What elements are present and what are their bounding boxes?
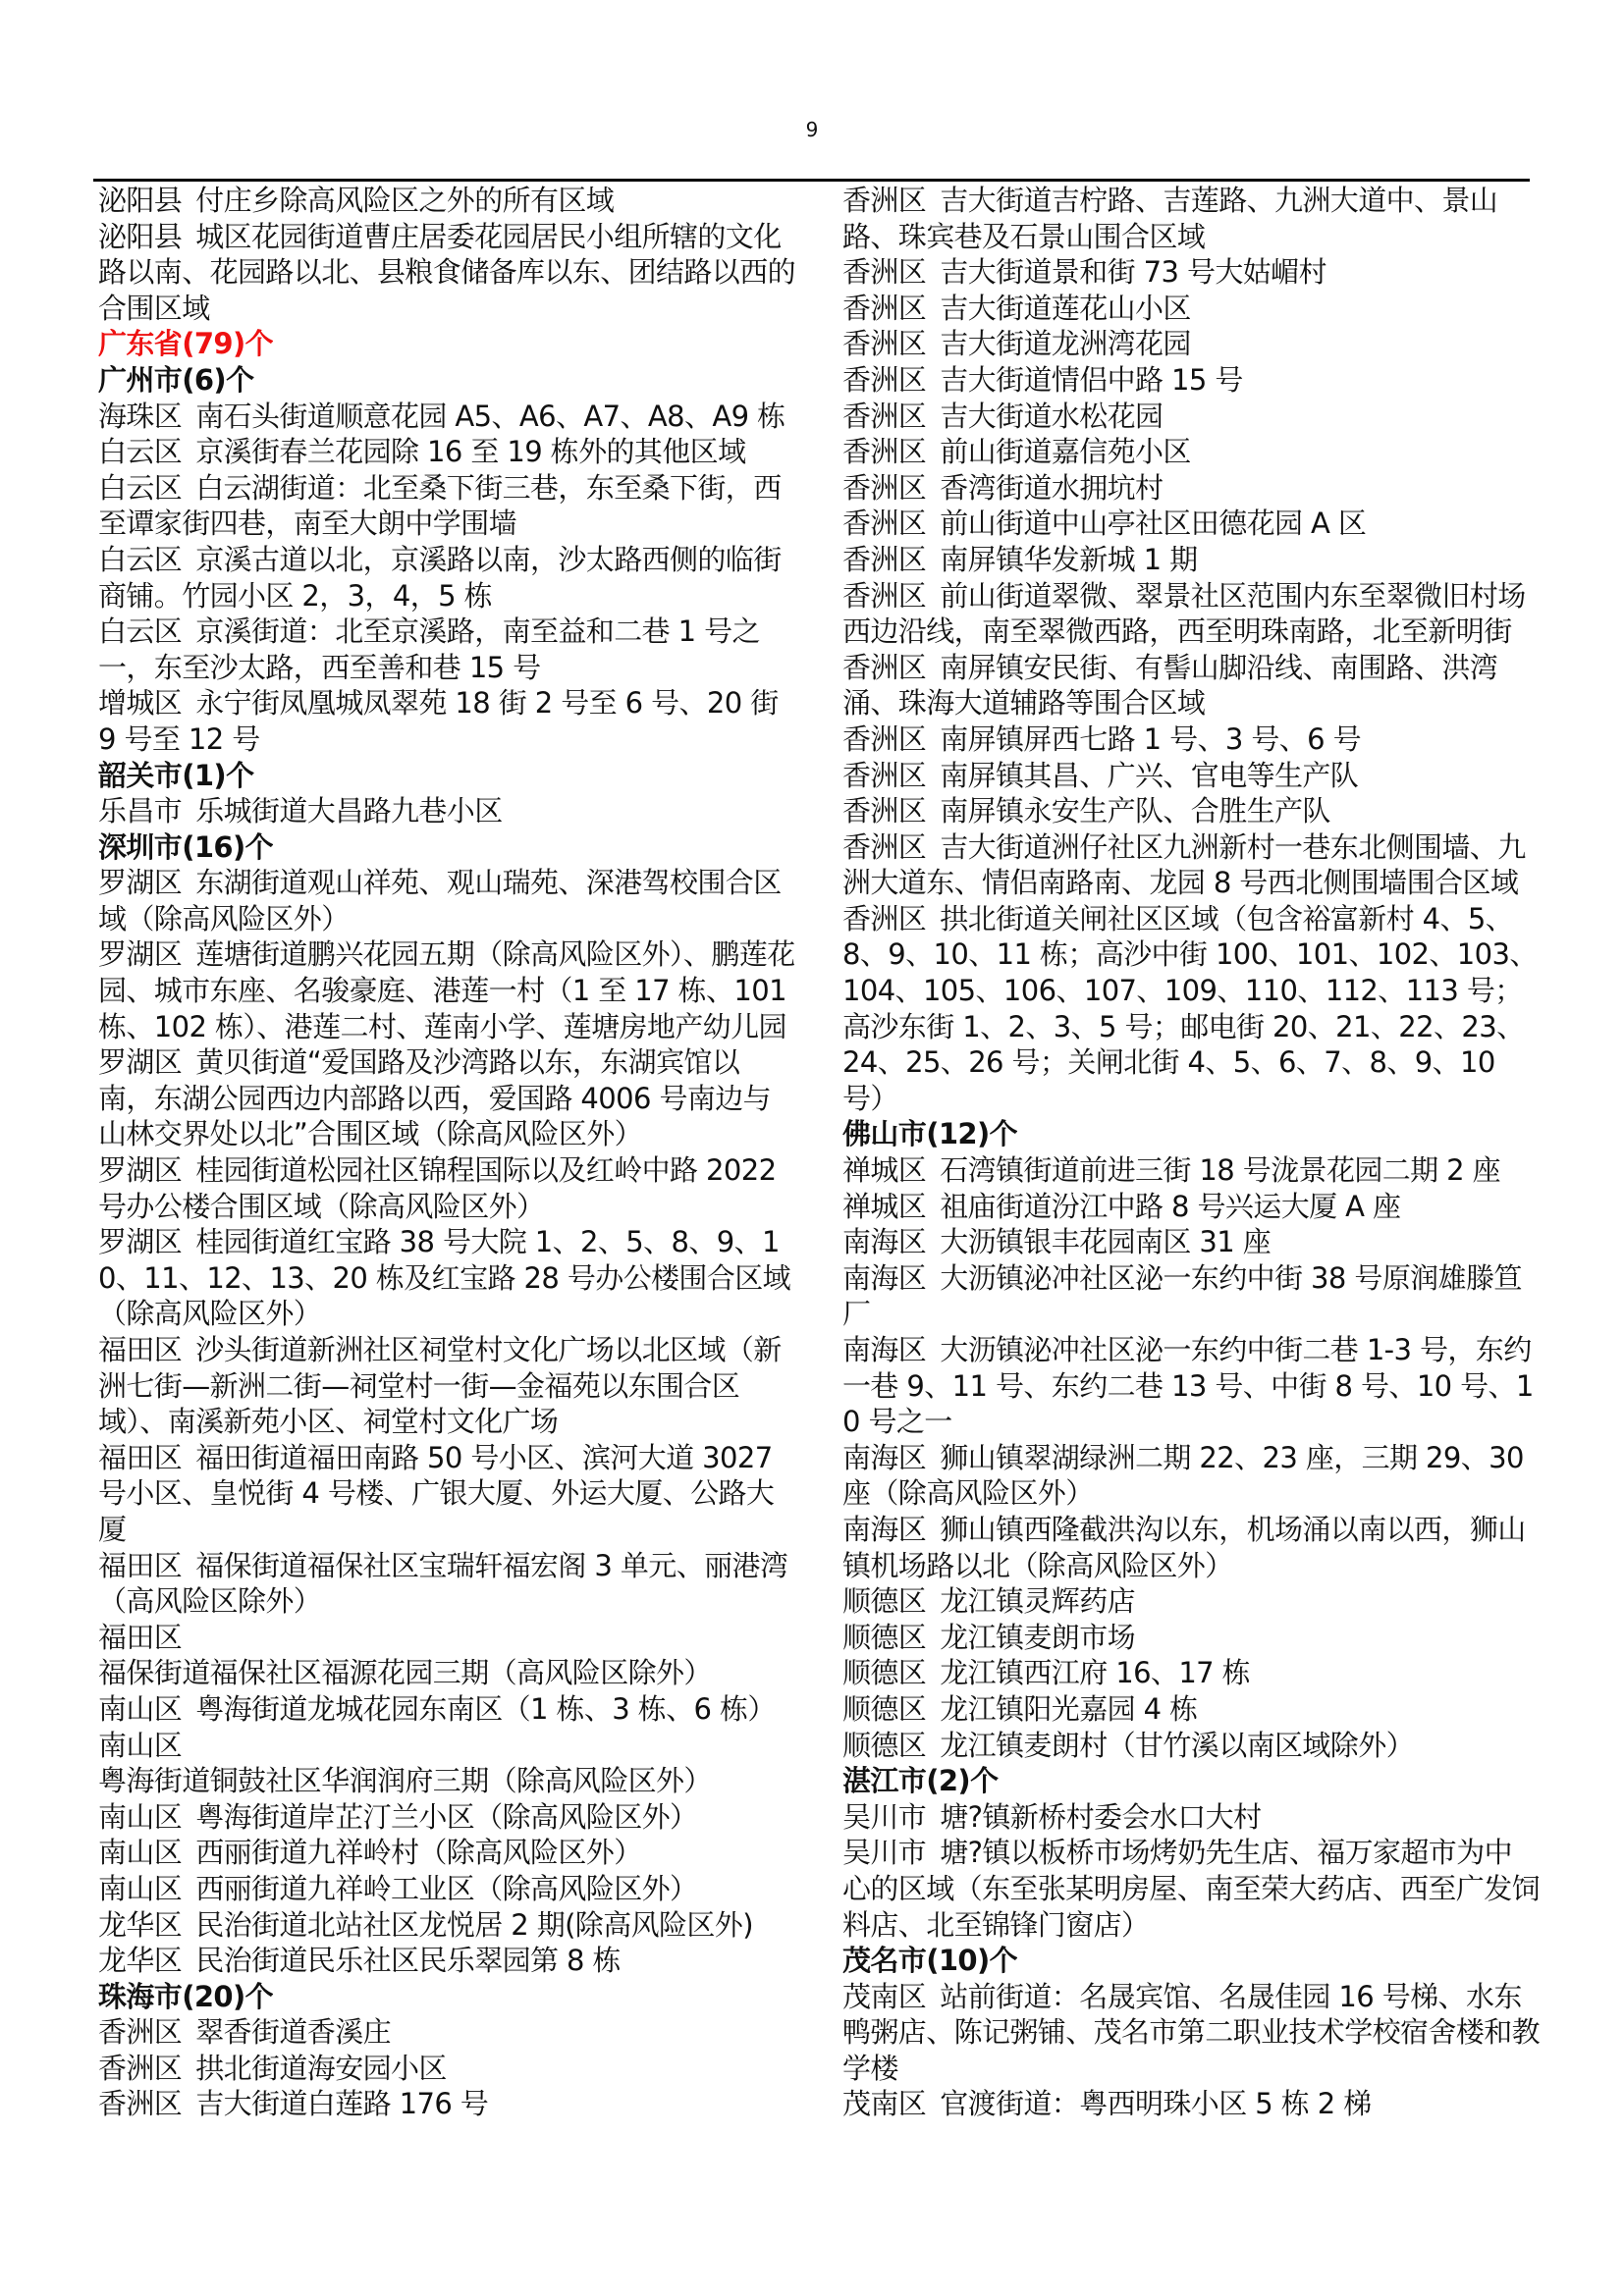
city-heading: 佛山市(12)个: [842, 1116, 1540, 1152]
region-entry: 罗湖区黄贝街道“爱国路及沙湾路以东，东湖宾馆以南，东湖公园西边内部路以西，爱国路…: [98, 1044, 795, 1152]
region-entry: 香洲区香湾街道水拥坑村: [842, 470, 1540, 507]
area-description: 白云湖街道：北至桑下街三巷，东至桑下街，西至谭家街四巷，南至大朗中学围墙: [98, 471, 782, 541]
region-entry: 南海区狮山镇西隆截洪沟以东，机场涌以南以西，狮山镇机场路以北（除高风险区外）: [842, 1512, 1540, 1583]
area-description: 大沥镇泌冲社区泌一东约中街二巷 1-3 号，东约一巷 9、11 号、东约二巷 1…: [842, 1333, 1534, 1438]
district-name: 香洲区: [842, 579, 926, 613]
area-description: 乐城街道大昌路九巷小区: [195, 794, 502, 828]
region-entry: 南海区狮山镇翠湖绿洲二期 22、23 座，三期 29、30 座（除高风险区外）: [842, 1440, 1540, 1512]
area-description: 福田街道福田南路 50 号小区、滨河大道 3027 号小区、皇悦街 4 号楼、广…: [98, 1441, 774, 1546]
district-name: 茂南区: [842, 2087, 926, 2120]
area-description: 莲塘街道鹏兴花园五期（除高风险区外）、鹏莲花园、城市东座、名骏豪庭、港莲一村（1…: [98, 937, 795, 1042]
area-description: 祖庙街道汾江中路 8 号兴运大厦 A 座: [940, 1190, 1400, 1223]
district-name: 南山区: [98, 1836, 182, 1869]
district-name: 禅城区: [842, 1153, 926, 1187]
region-entry: 罗湖区桂园街道松园社区锦程国际以及红岭中路 2022 号办公楼合围区域（除高风险…: [98, 1152, 795, 1224]
district-name: 香洲区: [842, 184, 926, 217]
area-description: 京溪街道：北至京溪路，南至益和二巷 1 号之一，东至沙太路，西至善和巷 15 号: [98, 614, 760, 684]
region-entry: 香洲区吉大街道情侣中路 15 号: [842, 362, 1540, 399]
region-entry: 海珠区南石头街道顺意花园 A5、A6、A7、A8、A9 栋: [98, 399, 795, 435]
area-description: 龙江镇麦朗市场: [940, 1621, 1135, 1654]
region-entry: 龙华区民治街道北站社区龙悦居 2 期(除高风险区外): [98, 1907, 795, 1944]
district-name: 香洲区: [842, 794, 926, 828]
region-entry: 香洲区南屏镇其昌、广兴、官电等生产队: [842, 758, 1540, 794]
district-name: 南山区: [98, 1800, 182, 1834]
area-description: 官渡街道：粤西明珠小区 5 栋 2 梯: [940, 2087, 1371, 2120]
area-description: 前山街道翠微、翠景社区范围内东至翠微旧村场西边沿线，南至翠微西路，西至明珠南路，…: [842, 579, 1526, 649]
district-name: 吴川市: [842, 1836, 926, 1869]
area-description: 吉大街道景和街 73 号大姑嵋村: [940, 255, 1326, 289]
region-entry: 福田区福保街道福保社区福源花园三期（高风险区除外）: [98, 1620, 795, 1691]
header-rule: [93, 179, 1530, 182]
district-name: 龙华区: [98, 1944, 182, 1977]
region-entry: 香洲区南屏镇华发新城 1 期: [842, 542, 1540, 578]
area-description: 城区花园街道曹庄居委花园居民小组所辖的文化路以南、花园路以北、县粮食储备库以东、…: [98, 220, 795, 325]
area-description: 龙江镇西江府 16、17 栋: [940, 1656, 1250, 1689]
district-name: 香洲区: [842, 327, 926, 360]
district-name: 顺德区: [842, 1656, 926, 1689]
area-description: 东湖街道观山祥苑、观山瑞苑、深港驾校围合区域（除高风险区外）: [98, 866, 782, 935]
region-entry: 罗湖区莲塘街道鹏兴花园五期（除高风险区外）、鹏莲花园、城市东座、名骏豪庭、港莲一…: [98, 936, 795, 1044]
area-description: 拱北街道海安园小区: [195, 2052, 447, 2085]
area-description: 京溪古道以北，京溪路以南，沙太路西侧的临街商铺。竹园小区 2，3，4，5 栋: [98, 543, 782, 613]
region-entry: 罗湖区桂园街道红宝路 38 号大院 1、2、5、8、9、10、11、12、13、…: [98, 1224, 795, 1332]
area-description: 南屏镇屏西七路 1 号、3 号、6 号: [940, 722, 1361, 756]
area-description: 黄贝街道“爱国路及沙湾路以东，东湖宾馆以南，东湖公园西边内部路以西，爱国路 40…: [98, 1045, 771, 1150]
right-column: 香洲区吉大街道吉柠路、吉莲路、九洲大道中、景山路、珠宾巷及石景山围合区域香洲区吉…: [842, 183, 1540, 2122]
area-description: 吉大街道吉柠路、吉莲路、九洲大道中、景山路、珠宾巷及石景山围合区域: [842, 184, 1497, 253]
district-name: 香洲区: [842, 543, 926, 576]
district-name: 罗湖区: [98, 1225, 182, 1258]
area-description: 龙江镇麦朗村（甘竹溪以南区域除外）: [940, 1729, 1414, 1762]
area-description: 站前街道：名晟宾馆、名晟佳园 16 号梯、水东鸭粥店、陈记粥铺、茂名市第二职业技…: [842, 1980, 1540, 2085]
district-name: 香洲区: [842, 400, 926, 433]
region-entry: 南海区大沥镇泌冲社区泌一东约中街 38 号原润雄滕笪厂: [842, 1260, 1540, 1332]
district-name: 泌阳县: [98, 220, 182, 253]
district-name: 乐昌市: [98, 794, 182, 828]
region-entry: 香洲区南屏镇安民街、有髻山脚沿线、南围路、洪湾涌、珠海大道辅路等围合区域: [842, 650, 1540, 721]
region-entry: 禅城区祖庙街道汾江中路 8 号兴运大厦 A 座: [842, 1189, 1540, 1225]
district-name: 南山区: [98, 1692, 182, 1726]
region-entry: 南山区西丽街道九祥岭村（除高风险区外）: [98, 1835, 795, 1871]
region-entry: 南山区粤海街道铜鼓社区华润润府三期（除高风险区外）: [98, 1728, 795, 1799]
district-name: 香洲区: [842, 902, 926, 935]
region-entry: 南山区粤海街道岸芷汀兰小区（除高风险区外）: [98, 1799, 795, 1836]
area-description: 龙江镇阳光嘉园 4 栋: [940, 1692, 1197, 1726]
region-entry: 福田区福田街道福田南路 50 号小区、滨河大道 3027 号小区、皇悦街 4 号…: [98, 1440, 795, 1548]
district-name: 南海区: [842, 1441, 926, 1474]
district-name: 福田区: [98, 1441, 182, 1474]
area-description: 吉大街道莲花山小区: [940, 292, 1191, 325]
region-entry: 白云区白云湖街道：北至桑下街三巷，东至桑下街，西至谭家街四巷，南至大朗中学围墙: [98, 470, 795, 542]
area-description: 桂园街道红宝路 38 号大院 1、2、5、8、9、10、11、12、13、20 …: [98, 1225, 790, 1330]
region-entry: 白云区京溪街春兰花园除 16 至 19 栋外的其他区域: [98, 434, 795, 470]
region-entry: 顺德区龙江镇阳光嘉园 4 栋: [842, 1691, 1540, 1728]
district-name: 南海区: [842, 1261, 926, 1295]
district-name: 香洲区: [842, 759, 926, 792]
city-heading: 广州市(6)个: [98, 362, 795, 399]
region-entry: 白云区京溪街道：北至京溪路，南至益和二巷 1 号之一，东至沙太路，西至善和巷 1…: [98, 614, 795, 685]
area-description: 粤海街道龙城花园东南区（1 栋、3 栋、6 栋）: [195, 1692, 776, 1726]
area-description: 粤海街道岸芷汀兰小区（除高风险区外）: [195, 1800, 697, 1834]
district-name: 罗湖区: [98, 937, 182, 971]
left-column: 泌阳县付庄乡除高风险区之外的所有区域泌阳县城区花园街道曹庄居委花园居民小组所辖的…: [98, 183, 795, 2122]
region-entry: 香洲区前山街道中山亭社区田德花园 A 区: [842, 506, 1540, 542]
district-name: 福田区: [98, 1621, 182, 1654]
district-name: 顺德区: [842, 1584, 926, 1618]
region-entry: 禅城区石湾镇街道前进三街 18 号泷景花园二期 2 座: [842, 1152, 1540, 1189]
area-description: 狮山镇翠湖绿洲二期 22、23 座，三期 29、30 座（除高风险区外）: [842, 1441, 1524, 1511]
area-description: 民治街道民乐社区民乐翠园第 8 栋: [195, 1944, 621, 1977]
district-name: 南山区: [98, 1872, 182, 1905]
district-name: 香洲区: [842, 471, 926, 505]
city-heading: 深圳市(16)个: [98, 829, 795, 866]
area-description: 福保街道福保社区宝瑞轩福宏阁 3 单元、丽港湾（高风险区除外）: [98, 1549, 787, 1619]
area-description: 南屏镇华发新城 1 期: [940, 543, 1197, 576]
region-entry: 香洲区吉大街道白莲路 176 号: [98, 2086, 795, 2122]
region-entry: 香洲区前山街道嘉信苑小区: [842, 434, 1540, 470]
region-entry: 香洲区翠香街道香溪庄: [98, 2014, 795, 2051]
region-entry: 吴川市塘?镇新桥村委会水口大村: [842, 1799, 1540, 1836]
area-description: 吉大街道白莲路 176 号: [195, 2087, 488, 2120]
area-description: 大沥镇银丰花园南区 31 座: [940, 1225, 1271, 1258]
district-name: 白云区: [98, 471, 182, 505]
region-entry: 南山区粤海街道龙城花园东南区（1 栋、3 栋、6 栋）: [98, 1691, 795, 1728]
area-description: 南屏镇其昌、广兴、官电等生产队: [940, 759, 1358, 792]
district-name: 龙华区: [98, 1908, 182, 1942]
district-name: 罗湖区: [98, 1153, 182, 1187]
district-name: 南海区: [842, 1333, 926, 1366]
district-name: 香洲区: [842, 507, 926, 540]
district-name: 香洲区: [98, 2087, 182, 2120]
district-name: 香洲区: [98, 2052, 182, 2085]
area-description: 狮山镇西隆截洪沟以东，机场涌以南以西，狮山镇机场路以北（除高风险区外）: [842, 1513, 1526, 1582]
region-entry: 乐昌市乐城街道大昌路九巷小区: [98, 793, 795, 829]
district-name: 南海区: [842, 1513, 926, 1546]
region-entry: 泌阳县城区花园街道曹庄居委花园居民小组所辖的文化路以南、花园路以北、县粮食储备库…: [98, 219, 795, 327]
city-heading: 湛江市(2)个: [842, 1763, 1540, 1799]
region-entry: 顺德区龙江镇麦朗村（甘竹溪以南区域除外）: [842, 1728, 1540, 1764]
region-entry: 罗湖区东湖街道观山祥苑、观山瑞苑、深港驾校围合区域（除高风险区外）: [98, 865, 795, 936]
area-description: 吉大街道水松花园: [940, 400, 1163, 433]
district-name: 南山区: [98, 1729, 182, 1762]
district-name: 福田区: [98, 1333, 182, 1366]
area-description: 塘?镇新桥村委会水口大村: [940, 1800, 1261, 1834]
district-name: 香洲区: [842, 255, 926, 289]
area-description: 粤海街道铜鼓社区华润润府三期（除高风险区外）: [98, 1764, 712, 1797]
region-entry: 顺德区龙江镇麦朗市场: [842, 1620, 1540, 1656]
region-entry: 顺德区龙江镇灵辉药店: [842, 1583, 1540, 1620]
district-name: 禅城区: [842, 1190, 926, 1223]
district-name: 白云区: [98, 614, 182, 648]
area-description: 福保街道福保社区福源花园三期（高风险区除外）: [98, 1656, 712, 1689]
area-description: 付庄乡除高风险区之外的所有区域: [195, 184, 614, 217]
region-entry: 香洲区吉大街道水松花园: [842, 399, 1540, 435]
area-description: 沙头街道新洲社区祠堂村文化广场以北区域（新洲七街—新洲二街—祠堂村一街—金福苑以…: [98, 1333, 782, 1438]
city-heading: 珠海市(20)个: [98, 1979, 795, 2015]
region-entry: 香洲区吉大街道洲仔社区九洲新村一巷东北侧围墙、九洲大道东、情侣南路南、龙园 8 …: [842, 829, 1540, 901]
area-description: 龙江镇灵辉药店: [940, 1584, 1135, 1618]
district-name: 吴川市: [842, 1800, 926, 1834]
district-name: 香洲区: [842, 722, 926, 756]
province-heading: 广东省(79)个: [98, 326, 795, 362]
area-description: 吉大街道情侣中路 15 号: [940, 363, 1243, 397]
region-entry: 南海区大沥镇银丰花园南区 31 座: [842, 1224, 1540, 1260]
area-description: 西丽街道九祥岭村（除高风险区外）: [195, 1836, 641, 1869]
region-entry: 香洲区南屏镇屏西七路 1 号、3 号、6 号: [842, 721, 1540, 758]
region-entry: 龙华区民治街道民乐社区民乐翠园第 8 栋: [98, 1943, 795, 1979]
area-description: 桂园街道松园社区锦程国际以及红岭中路 2022 号办公楼合围区域（除高风险区外）: [98, 1153, 776, 1223]
district-name: 福田区: [98, 1549, 182, 1582]
district-name: 茂南区: [842, 1980, 926, 2013]
district-name: 顺德区: [842, 1729, 926, 1762]
region-entry: 增城区永宁街凤凰城凤翠苑 18 街 2 号至 6 号、20 街 9 号至 12 …: [98, 685, 795, 757]
district-name: 白云区: [98, 543, 182, 576]
area-description: 大沥镇泌冲社区泌一东约中街 38 号原润雄滕笪厂: [842, 1261, 1522, 1331]
district-name: 罗湖区: [98, 1045, 182, 1079]
region-entry: 白云区京溪古道以北，京溪路以南，沙太路西侧的临街商铺。竹园小区 2，3，4，5 …: [98, 542, 795, 614]
region-entry: 香洲区南屏镇永安生产队、合胜生产队: [842, 793, 1540, 829]
region-entry: 南山区西丽街道九祥岭工业区（除高风险区外）: [98, 1871, 795, 1907]
region-entry: 香洲区吉大街道龙洲湾花园: [842, 326, 1540, 362]
region-entry: 香洲区前山街道翠微、翠景社区范围内东至翠微旧村场西边沿线，南至翠微西路，西至明珠…: [842, 578, 1540, 650]
district-name: 白云区: [98, 435, 182, 468]
area-description: 南屏镇安民街、有髻山脚沿线、南围路、洪湾涌、珠海大道辅路等围合区域: [842, 651, 1497, 721]
city-heading: 韶关市(1)个: [98, 758, 795, 794]
region-entry: 香洲区吉大街道莲花山小区: [842, 291, 1540, 327]
area-description: 吉大街道洲仔社区九洲新村一巷东北侧围墙、九洲大道东、情侣南路南、龙园 8 号西北…: [842, 830, 1526, 900]
area-description: 京溪街春兰花园除 16 至 19 栋外的其他区域: [195, 435, 745, 468]
district-name: 香洲区: [98, 2015, 182, 2049]
district-name: 香洲区: [842, 651, 926, 684]
region-entry: 福田区沙头街道新洲社区祠堂村文化广场以北区域（新洲七街—新洲二街—祠堂村一街—金…: [98, 1332, 795, 1440]
city-heading: 茂名市(10)个: [842, 1943, 1540, 1979]
region-entry: 福田区福保街道福保社区宝瑞轩福宏阁 3 单元、丽港湾（高风险区除外）: [98, 1548, 795, 1620]
district-name: 香洲区: [842, 830, 926, 864]
district-name: 罗湖区: [98, 866, 182, 899]
area-description: 塘?镇以板桥市场烤奶先生店、福万家超市为中心的区域（东至张某明房屋、南至荣大药店…: [842, 1836, 1540, 1941]
area-description: 南石头街道顺意花园 A5、A6、A7、A8、A9 栋: [195, 400, 785, 433]
district-name: 增城区: [98, 686, 182, 720]
region-entry: 香洲区拱北街道海安园小区: [98, 2051, 795, 2087]
area-description: 吉大街道龙洲湾花园: [940, 327, 1191, 360]
district-name: 顺德区: [842, 1621, 926, 1654]
district-name: 香洲区: [842, 363, 926, 397]
area-description: 石湾镇街道前进三街 18 号泷景花园二期 2 座: [940, 1153, 1500, 1187]
area-description: 前山街道中山亭社区田德花园 A 区: [940, 507, 1366, 540]
area-description: 永宁街凤凰城凤翠苑 18 街 2 号至 6 号、20 街 9 号至 12 号: [98, 686, 779, 756]
district-name: 海珠区: [98, 400, 182, 433]
area-description: 民治街道北站社区龙悦居 2 期(除高风险区外): [195, 1908, 753, 1942]
region-entry: 茂南区站前街道：名晟宾馆、名晟佳园 16 号梯、水东鸭粥店、陈记粥铺、茂名市第二…: [842, 1979, 1540, 2087]
region-entry: 香洲区吉大街道景和街 73 号大姑嵋村: [842, 254, 1540, 291]
district-name: 香洲区: [842, 435, 926, 468]
area-description: 西丽街道九祥岭工业区（除高风险区外）: [195, 1872, 697, 1905]
area-description: 拱北街道关闸社区区域（包含裕富新村 4、5、8、9、10、11 栋；高沙中街 1…: [842, 902, 1538, 1115]
area-description: 翠香街道香溪庄: [195, 2015, 391, 2049]
area-description: 前山街道嘉信苑小区: [940, 435, 1191, 468]
district-name: 顺德区: [842, 1692, 926, 1726]
district-name: 南海区: [842, 1225, 926, 1258]
region-entry: 吴川市塘?镇以板桥市场烤奶先生店、福万家超市为中心的区域（东至张某明房屋、南至荣…: [842, 1835, 1540, 1943]
region-entry: 顺德区龙江镇西江府 16、17 栋: [842, 1655, 1540, 1691]
region-entry: 南海区大沥镇泌冲社区泌一东约中街二巷 1-3 号，东约一巷 9、11 号、东约二…: [842, 1332, 1540, 1440]
district-name: 香洲区: [842, 292, 926, 325]
region-entry: 香洲区拱北街道关闸社区区域（包含裕富新村 4、5、8、9、10、11 栋；高沙中…: [842, 901, 1540, 1117]
area-description: 香湾街道水拥坑村: [940, 471, 1163, 505]
region-entry: 香洲区吉大街道吉柠路、吉莲路、九洲大道中、景山路、珠宾巷及石景山围合区域: [842, 183, 1540, 254]
area-description: 南屏镇永安生产队、合胜生产队: [940, 794, 1330, 828]
page-number: 9: [0, 116, 1624, 143]
district-name: 泌阳县: [98, 184, 182, 217]
region-entry: 茂南区官渡街道：粤西明珠小区 5 栋 2 梯: [842, 2086, 1540, 2122]
region-entry: 泌阳县付庄乡除高风险区之外的所有区域: [98, 183, 795, 219]
